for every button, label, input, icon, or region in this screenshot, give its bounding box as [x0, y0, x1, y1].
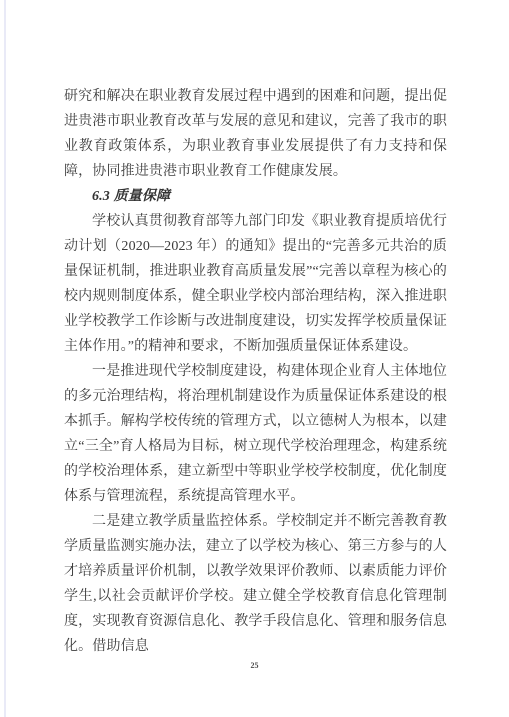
- section-heading: 6.3 质量保障: [64, 184, 447, 209]
- page-number: 25: [0, 661, 509, 671]
- document-page: 研究和解决在职业教育发展过程中遇到的困难和问题，提出促进贵港市职业教育改革与发展…: [0, 0, 509, 717]
- paragraph: 二是建立教学质量监控体系。学校制定并不断完善教育教学质量监测实施办法，建立了以学…: [64, 509, 447, 659]
- paragraph: 学校认真贯彻教育部等九部门印发《职业教育提质培优行动计划（2020—2023 年…: [64, 209, 447, 359]
- paragraph: 一是推进现代学校制度建设，构建体现企业育人主体地位的多元治理结构，将治理机制建设…: [64, 359, 447, 509]
- page-edge-line: [4, 0, 6, 717]
- text-block: 研究和解决在职业教育发展过程中遇到的困难和问题，提出促进贵港市职业教育改革与发展…: [64, 84, 447, 659]
- paragraph-continuation: 研究和解决在职业教育发展过程中遇到的困难和问题，提出促进贵港市职业教育改革与发展…: [64, 84, 447, 184]
